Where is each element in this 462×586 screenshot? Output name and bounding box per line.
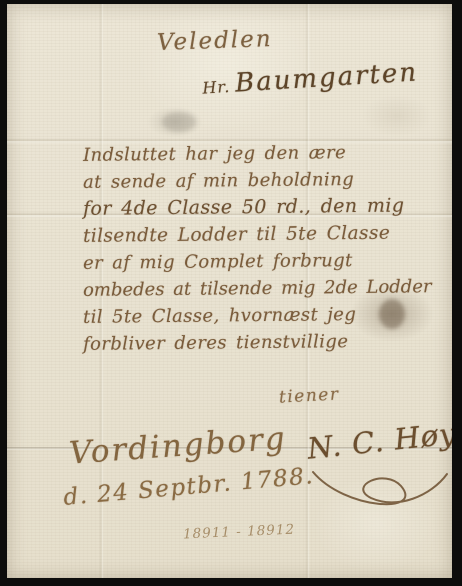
- body-line: at sende af min beholdning: [83, 165, 439, 196]
- body-line: tilsendte Lodder til 5te Classe: [83, 219, 439, 250]
- place-name: Vordingborg: [68, 420, 288, 471]
- addressee-name: Baumgarten: [234, 57, 419, 98]
- scanned-letter: Veledlen Hr. Baumgarten Indsluttet har j…: [0, 0, 462, 586]
- addressee-title: Hr.: [202, 77, 231, 98]
- body-line: ombedes at tilsende mig 2de Lodder: [83, 273, 439, 304]
- body-line: Indsluttet har jeg den ære: [83, 138, 439, 169]
- archive-pencil-note: 18911 - 18912: [183, 522, 296, 543]
- salutation-line: Veledlen: [157, 26, 273, 56]
- body-line: til 5te Classe, hvornæst jeg: [83, 300, 439, 331]
- closing-word: tiener: [279, 384, 340, 407]
- letter-body: Indsluttet har jeg den ære at sende af m…: [83, 140, 439, 356]
- signature-flourish: [305, 452, 452, 522]
- letter-paper: Veledlen Hr. Baumgarten Indsluttet har j…: [7, 4, 452, 578]
- smudge: [162, 112, 196, 132]
- body-line: forbliver deres tienstvillige: [83, 327, 439, 358]
- body-line: for 4de Classe 50 rd., den mig: [83, 192, 439, 223]
- addressee-line: Hr. Baumgarten: [201, 57, 419, 100]
- body-line: er af mig Complet forbrugt: [83, 246, 439, 277]
- date-line: d. 24 Septbr. 1788.: [62, 463, 315, 511]
